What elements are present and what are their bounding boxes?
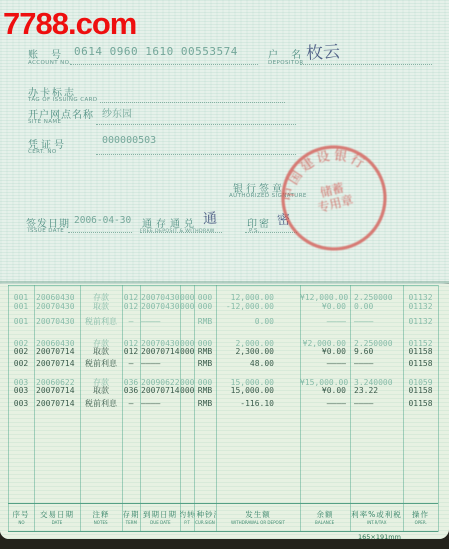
transaction-cell: ————	[140, 359, 180, 369]
transaction-cell	[180, 317, 194, 327]
transaction-cell: ¥0.00	[300, 386, 350, 396]
header-label-en: P.T	[184, 521, 190, 526]
table-header-cell: 利率%或利税INT.R/TAX	[350, 504, 403, 531]
table-header-cell: 发生额WITHDRAWAL OR DEPOSIT	[216, 504, 300, 531]
transaction-cell: 000	[180, 347, 194, 357]
transaction-cell: 01132	[403, 317, 438, 327]
table-column-rule	[34, 285, 35, 532]
transaction-cell: RMB	[194, 386, 216, 396]
header-label-cn: 存期	[123, 509, 140, 520]
header-label-en: DATE	[52, 521, 63, 526]
issue-date-value: 2006-04-30	[74, 215, 131, 226]
header-label-cn: 币种钞汇	[194, 509, 216, 520]
transaction-row: 00120070430取款01220070430000000-12,000.00…	[8, 302, 438, 312]
transaction-cell: 01132	[403, 302, 438, 312]
transaction-row: 00120070430税前利息—————RMB0.00————————01132	[8, 317, 438, 327]
transaction-cell: ————	[350, 317, 403, 327]
header-label-en: INT.R/TAX	[367, 521, 386, 526]
table-header-cell: 余额BALANCE	[300, 504, 350, 531]
header-label-cn: 约转	[180, 509, 194, 520]
card-tag-dotted-line	[100, 101, 285, 103]
transaction-cell: ————	[300, 399, 350, 409]
table-column-rule	[140, 285, 141, 532]
transaction-cell: 取款	[80, 347, 122, 357]
transaction-cell: 税前利息	[80, 399, 122, 409]
transaction-row: 00320070714取款03620070714000RMB15,000.00¥…	[8, 386, 438, 396]
transaction-cell: RMB	[194, 359, 216, 369]
site-name-dotted-line	[96, 123, 296, 125]
table-column-rule	[80, 285, 81, 532]
transaction-cell: 012	[122, 302, 140, 312]
transaction-cell: 01158	[403, 359, 438, 369]
cert-no-dotted-line	[96, 153, 296, 155]
table-column-rule	[438, 285, 439, 532]
header-label-cn: 利率%或利税	[351, 509, 402, 520]
header-label-en: NOTES	[94, 521, 108, 526]
transaction-cell: 20070714	[34, 359, 80, 369]
transaction-cell: 2,300.00	[216, 347, 300, 357]
table-column-rule	[122, 285, 123, 532]
header-label-cn: 到期日期	[143, 509, 177, 520]
transaction-cell: 01158	[403, 399, 438, 409]
issue-date-label-en: ISSUE DATE	[28, 228, 64, 234]
transaction-cell	[180, 399, 194, 409]
transaction-cell: 取款	[80, 386, 122, 396]
transaction-cell	[180, 359, 194, 369]
header-label-en: WITHDRAWAL OR DEPOSIT	[231, 521, 285, 526]
table-header-cell: 存期TERM	[122, 504, 140, 531]
transaction-cell: 01158	[403, 347, 438, 357]
transaction-cell: 48.00	[216, 359, 300, 369]
cert-no-label-en: CERT. NO	[28, 149, 57, 155]
transaction-cell: 取款	[80, 302, 122, 312]
table-header-cell: 交易日期DATE	[34, 504, 80, 531]
transaction-cell: RMB	[194, 347, 216, 357]
transaction-row: 00220070714税前利息—————RMB48.00————————0115…	[8, 359, 438, 369]
transaction-cell: 20070430	[34, 317, 80, 327]
transaction-cell: 20070430	[140, 302, 180, 312]
depositor-name-handwritten: 枚云	[305, 37, 340, 64]
transaction-cell: ————	[140, 317, 180, 327]
cert-no-value: 000000503	[102, 135, 156, 146]
passbook: 账 号 ACCOUNT NO. 0614 0960 1610 00553574 …	[0, 0, 449, 539]
transaction-cell: 003	[8, 386, 34, 396]
transaction-cell: ————	[140, 399, 180, 409]
transaction-page: 00120060430存款0122007043000000012,000.00¥…	[0, 284, 449, 539]
site-name-value: 纱东园	[102, 105, 132, 120]
account-label-cn: 账 号	[28, 46, 66, 61]
transaction-cell: 000	[180, 386, 194, 396]
site-watermark: 7788.com	[3, 6, 136, 42]
header-label-cn: 序号	[13, 509, 30, 520]
transaction-cell: ————	[350, 399, 403, 409]
header-label-en: DUE DATE	[150, 521, 170, 526]
transaction-cell: ¥0.00	[300, 302, 350, 312]
transaction-cell: 20070430	[34, 302, 80, 312]
depositor-dotted-line	[300, 63, 432, 65]
transaction-cell: 税前利息	[80, 317, 122, 327]
header-label-cn: 交易日期	[40, 509, 74, 520]
table-header-cell: 操作OPER.	[403, 504, 438, 531]
transaction-cell: —	[122, 317, 140, 327]
transaction-cell: 003	[8, 399, 34, 409]
transaction-cell: 20070714	[34, 386, 80, 396]
transaction-cell: RMB	[194, 317, 216, 327]
header-label-cn: 发生额	[245, 509, 271, 520]
transaction-cell: 036	[122, 386, 140, 396]
table-header-row: 序号NO交易日期DATE注释NOTES存期TERM到期日期DUE DATE约转P…	[8, 503, 438, 532]
transaction-cell: ————	[300, 317, 350, 327]
transaction-cell: RMB	[194, 399, 216, 409]
transaction-cell: 001	[8, 317, 34, 327]
header-label-cn: 操作	[412, 509, 429, 520]
header-label-en: CUR.SIGN	[195, 521, 215, 526]
issue-date-dotted-line	[68, 231, 132, 233]
transaction-cell: 000	[180, 302, 194, 312]
transaction-cell: 012	[122, 347, 140, 357]
transaction-cell: ¥0.00	[300, 347, 350, 357]
header-label-cn: 余额	[317, 509, 334, 520]
transaction-cell: -12,000.00	[216, 302, 300, 312]
deposit-mode-handwritten: 通	[202, 208, 217, 229]
card-tag-label-en: TAG OF ISSUING CARD	[28, 97, 98, 103]
transaction-cell: 002	[8, 359, 34, 369]
transaction-cell: -116.10	[216, 399, 300, 409]
passbook-photo: 7788.com 账 号 ACCOUNT NO. 0614 0960 1610 …	[0, 0, 449, 549]
header-label-cn: 注释	[93, 509, 110, 520]
table-column-rule	[194, 285, 195, 532]
account-label-en: ACCOUNT NO.	[28, 60, 71, 66]
header-label-en: NO	[18, 521, 24, 526]
transaction-cell: 002	[8, 347, 34, 357]
header-label-en: BALANCE	[315, 521, 334, 526]
bank-seal-stamp: 中国建设银行 储蓄 专用章	[266, 130, 402, 266]
transaction-cell: 23.22	[350, 386, 403, 396]
transaction-cell: 20070714	[34, 399, 80, 409]
table-header-cell: 到期日期DUE DATE	[140, 504, 180, 531]
transaction-cell: 000	[194, 302, 216, 312]
transaction-cell: 0.00	[350, 302, 403, 312]
transaction-cell: ————	[350, 359, 403, 369]
table-column-rule	[300, 285, 301, 532]
table-header-cell: 序号NO	[8, 504, 34, 531]
deposit-mode-dotted-line	[140, 231, 222, 233]
site-name-label-en: SITE NAME	[28, 119, 61, 125]
transaction-cell: 01158	[403, 386, 438, 396]
table-header-cell: 约转P.T	[180, 504, 194, 531]
transaction-cell: 001	[8, 302, 34, 312]
account-dotted-line	[70, 63, 258, 65]
table-column-rule	[180, 285, 181, 532]
transaction-cell: 15,000.00	[216, 386, 300, 396]
header-label-en: TERM	[125, 521, 136, 526]
transaction-cell: 20070714	[34, 347, 80, 357]
transaction-cell: 税前利息	[80, 359, 122, 369]
transaction-row: 00220070714取款01220070714000RMB2,300.00¥0…	[8, 347, 438, 357]
account-number-value: 0614 0960 1610 00553574	[74, 45, 238, 58]
passbook-cover-page: 账 号 ACCOUNT NO. 0614 0960 1610 00553574 …	[0, 0, 449, 283]
table-column-rule	[216, 285, 217, 532]
transaction-cell: —	[122, 399, 140, 409]
depositor-label-cn: 户 名	[268, 46, 306, 61]
transaction-row: 00320070714税前利息—————RMB-116.10————————01…	[8, 399, 438, 409]
header-label-en: OPER.	[414, 521, 426, 526]
table-header-cell: 注释NOTES	[80, 504, 122, 531]
table-header-cell: 币种钞汇CUR.SIGN	[194, 504, 216, 531]
table-column-rule	[350, 285, 351, 532]
table-column-rule	[403, 285, 404, 532]
transaction-cell: 0.00	[216, 317, 300, 327]
transaction-cell: 9.60	[350, 347, 403, 357]
transaction-cell: 20070714	[140, 386, 180, 396]
transaction-cell: 20070714	[140, 347, 180, 357]
depositor-label-en: DEPOSITOR	[268, 60, 304, 66]
transaction-cell: —	[122, 359, 140, 369]
transaction-cell: ————	[300, 359, 350, 369]
item-size-note: 165×191mm	[358, 533, 401, 539]
table-column-rule	[8, 285, 9, 532]
table-top-rule	[8, 285, 438, 286]
